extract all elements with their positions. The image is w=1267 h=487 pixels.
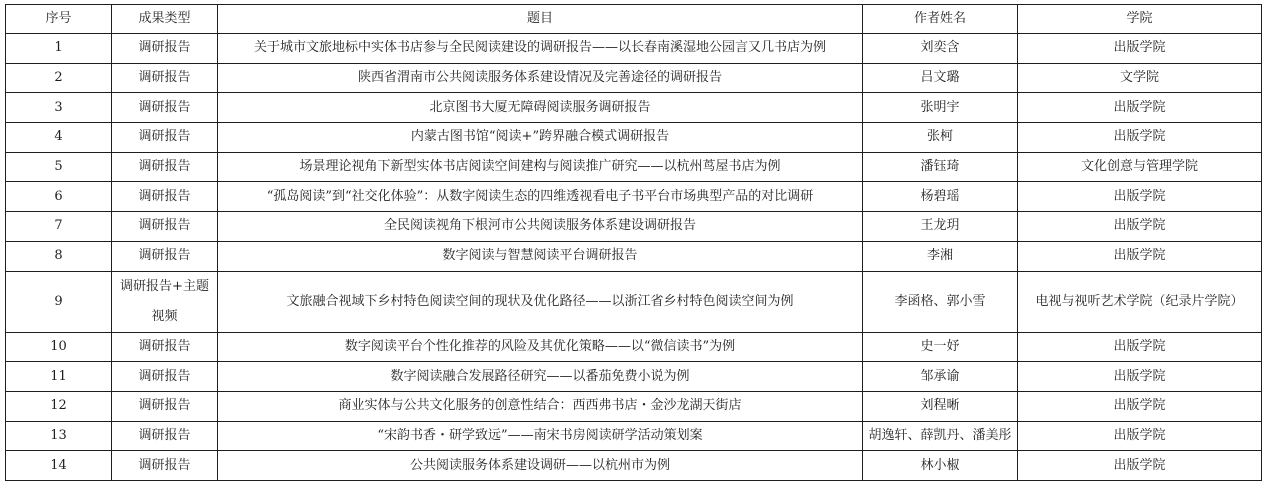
table-row: 5 调研报告 场景理论视角下新型实体书店阅读空间建构与阅读推广研究——以杭州茑屋… [6, 152, 1262, 182]
cell-college: 出版学院 [1018, 362, 1262, 392]
cell-college: 出版学院 [1018, 123, 1262, 153]
cell-college: 出版学院 [1018, 182, 1262, 212]
cell-college: 文学院 [1018, 63, 1262, 93]
cell-category: 调研报告 [112, 212, 218, 242]
cell-no: 9 [6, 271, 112, 332]
cell-no: 12 [6, 391, 112, 421]
cell-college: 出版学院 [1018, 421, 1262, 451]
header-author: 作者姓名 [863, 5, 1018, 34]
cell-college: 出版学院 [1018, 212, 1262, 242]
cell-author: 邹承谕 [863, 362, 1018, 392]
cell-college: 出版学院 [1018, 241, 1262, 271]
cell-title: 公共阅读服务体系建设调研——以杭州市为例 [218, 451, 863, 481]
cell-category: 调研报告 [112, 332, 218, 362]
cell-title: 文旅融合视域下乡村特色阅读空间的现状及优化路径——以浙江省乡村特色阅读空间为例 [218, 271, 863, 332]
cell-title: 全民阅读视角下根河市公共阅读服务体系建设调研报告 [218, 212, 863, 242]
table-row: 8 调研报告 数字阅读与智慧阅读平台调研报告 李湘 出版学院 [6, 241, 1262, 271]
cell-no: 5 [6, 152, 112, 182]
cell-author: 胡逸轩、薛凯丹、潘美彤 [863, 421, 1018, 451]
cell-author: 林小椒 [863, 451, 1018, 481]
table-row: 10 调研报告 数字阅读平台个性化推荐的风险及其优化策略——以“微信读书”为例 … [6, 332, 1262, 362]
cell-category: 调研报告 [112, 63, 218, 93]
cell-college: 电视与视听艺术学院（纪录片学院） [1018, 271, 1262, 332]
cell-no: 3 [6, 93, 112, 123]
table-row: 1 调研报告 关于城市文旅地标中实体书店参与全民阅读建设的调研报告——以长春南溪… [6, 34, 1262, 64]
cell-title: 数字阅读融合发展路径研究——以番茄免费小说为例 [218, 362, 863, 392]
cell-college: 出版学院 [1018, 93, 1262, 123]
cell-no: 7 [6, 212, 112, 242]
cell-title: 数字阅读平台个性化推荐的风险及其优化策略——以“微信读书”为例 [218, 332, 863, 362]
cell-author: 潘钰琦 [863, 152, 1018, 182]
table-row: 11 调研报告 数字阅读融合发展路径研究——以番茄免费小说为例 邹承谕 出版学院 [6, 362, 1262, 392]
cell-category: 调研报告 [112, 362, 218, 392]
cell-title: “孤岛阅读”到“社交化体验”：从数字阅读生态的四维透视看电子书平台市场典型产品的… [218, 182, 863, 212]
cell-no: 6 [6, 182, 112, 212]
table-row: 12 调研报告 商业实体与公共文化服务的创意性结合：西西弗书店・金沙龙湖天街店 … [6, 391, 1262, 421]
cell-title: “宋韵书香・研学致远”——南宋书房阅读研学活动策划案 [218, 421, 863, 451]
cell-category: 调研报告 [112, 391, 218, 421]
table-row: 7 调研报告 全民阅读视角下根河市公共阅读服务体系建设调研报告 王龙玥 出版学院 [6, 212, 1262, 242]
cell-no: 10 [6, 332, 112, 362]
cell-category-text: 调研报告+主题视频 [119, 272, 211, 332]
cell-title: 内蒙古图书馆“阅读+”跨界融合模式调研报告 [218, 123, 863, 153]
cell-title: 北京图书大厦无障碍阅读服务调研报告 [218, 93, 863, 123]
cell-no: 4 [6, 123, 112, 153]
cell-category: 调研报告 [112, 451, 218, 481]
header-no: 序号 [6, 5, 112, 34]
table-row: 2 调研报告 陕西省渭南市公共阅读服务体系建设情况及完善途径的调研报告 吕文璐 … [6, 63, 1262, 93]
cell-title: 商业实体与公共文化服务的创意性结合：西西弗书店・金沙龙湖天街店 [218, 391, 863, 421]
table-row: 4 调研报告 内蒙古图书馆“阅读+”跨界融合模式调研报告 张柯 出版学院 [6, 123, 1262, 153]
table-row: 3 调研报告 北京图书大厦无障碍阅读服务调研报告 张明宇 出版学院 [6, 93, 1262, 123]
cell-title: 数字阅读与智慧阅读平台调研报告 [218, 241, 863, 271]
cell-category: 调研报告 [112, 241, 218, 271]
table-row: 13 调研报告 “宋韵书香・研学致远”——南宋书房阅读研学活动策划案 胡逸轩、薛… [6, 421, 1262, 451]
cell-no: 11 [6, 362, 112, 392]
cell-category: 调研报告 [112, 152, 218, 182]
cell-category: 调研报告 [112, 421, 218, 451]
cell-author: 张明宇 [863, 93, 1018, 123]
cell-category: 调研报告 [112, 34, 218, 64]
cell-author: 吕文璐 [863, 63, 1018, 93]
cell-author: 刘奕含 [863, 34, 1018, 64]
cell-author: 刘程晰 [863, 391, 1018, 421]
cell-category: 调研报告 [112, 93, 218, 123]
cell-title: 关于城市文旅地标中实体书店参与全民阅读建设的调研报告——以长春南溪湿地公园言又几… [218, 34, 863, 64]
header-category: 成果类型 [112, 5, 218, 34]
cell-author: 杨碧瑶 [863, 182, 1018, 212]
cell-no: 2 [6, 63, 112, 93]
cell-author: 李湘 [863, 241, 1018, 271]
cell-author: 张柯 [863, 123, 1018, 153]
cell-college: 出版学院 [1018, 391, 1262, 421]
results-table: 序号 成果类型 题目 作者姓名 学院 1 调研报告 关于城市文旅地标中实体书店参… [5, 4, 1262, 481]
cell-category: 调研报告 [112, 123, 218, 153]
cell-category: 调研报告+主题视频 [112, 271, 218, 332]
table-row: 14 调研报告 公共阅读服务体系建设调研——以杭州市为例 林小椒 出版学院 [6, 451, 1262, 481]
cell-author: 史一妤 [863, 332, 1018, 362]
table-header-row: 序号 成果类型 题目 作者姓名 学院 [6, 5, 1262, 34]
cell-college: 出版学院 [1018, 34, 1262, 64]
cell-author: 王龙玥 [863, 212, 1018, 242]
cell-title: 陕西省渭南市公共阅读服务体系建设情况及完善途径的调研报告 [218, 63, 863, 93]
cell-title: 场景理论视角下新型实体书店阅读空间建构与阅读推广研究——以杭州茑屋书店为例 [218, 152, 863, 182]
table-row: 6 调研报告 “孤岛阅读”到“社交化体验”：从数字阅读生态的四维透视看电子书平台… [6, 182, 1262, 212]
cell-no: 1 [6, 34, 112, 64]
cell-author: 李函格、郭小雪 [863, 271, 1018, 332]
cell-college: 文化创意与管理学院 [1018, 152, 1262, 182]
header-title: 题目 [218, 5, 863, 34]
cell-no: 8 [6, 241, 112, 271]
cell-college: 出版学院 [1018, 332, 1262, 362]
header-college: 学院 [1018, 5, 1262, 34]
table-row: 9 调研报告+主题视频 文旅融合视域下乡村特色阅读空间的现状及优化路径——以浙江… [6, 271, 1262, 332]
cell-no: 13 [6, 421, 112, 451]
cell-college: 出版学院 [1018, 451, 1262, 481]
cell-no: 14 [6, 451, 112, 481]
cell-category: 调研报告 [112, 182, 218, 212]
